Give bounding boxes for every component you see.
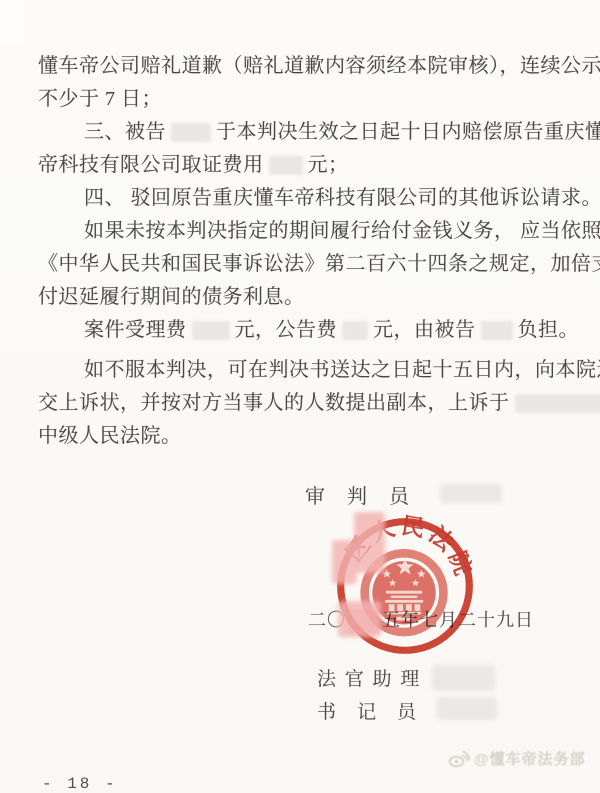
redaction-blur <box>515 394 600 413</box>
redaction-blur <box>171 123 211 142</box>
document-line: 交上诉状，并按对方当事人的人数提出副本，上诉于 <box>38 387 568 420</box>
date-year-redaction <box>338 601 381 637</box>
line-text: 元； <box>308 154 349 176</box>
judge-row: 审 判 员 <box>305 480 410 509</box>
line-text: 案件受理费 <box>84 319 187 341</box>
document-line: 付迟延履行期间的债务利息。 <box>38 281 568 314</box>
line-text: 帝科技有限公司取证费用 <box>38 154 264 176</box>
redaction-blur <box>269 156 303 175</box>
document-line: 懂车帝公司赔礼道歉（赔礼道歉内容须经本院审核），连续公示 <box>38 50 568 83</box>
document-line: 如果未按本判决指定的期间履行给付金钱义务， 应当依照 <box>38 215 568 248</box>
document-line: 案件受理费元，公告费元，由被告负担。 <box>38 314 568 347</box>
clerk-name-redaction <box>437 697 497 720</box>
judge-label: 审 判 员 <box>305 486 410 508</box>
line-text: 《中华人民共和国民事诉讼法》第二百六十四条之规定，加倍支 <box>38 253 600 275</box>
judge-assistant-row: 法 官 助 理 <box>317 664 421 691</box>
court-judgment-page: 懂车帝公司赔礼道歉（赔礼道歉内容须经本院审核），连续公示不少于 7 日；三、被告… <box>0 0 600 793</box>
watermark-text: @懂车帝法务部 <box>474 748 586 769</box>
line-text: 如不服本判决，可在判决书送达之日起十五日内，向本院递 <box>84 359 600 381</box>
document-line: 帝科技有限公司取证费用元； <box>38 149 568 182</box>
document-line: 不少于 7 日； <box>38 83 568 116</box>
line-text: 付迟延履行期间的债务利息。 <box>38 286 305 308</box>
line-text: 如果未按本判决指定的期间履行给付金钱义务， 应当依照 <box>84 220 600 242</box>
page-number: - 18 - <box>42 775 118 793</box>
judge-assistant-name-redaction <box>432 665 495 691</box>
document-line: 中级人民法院。 <box>38 420 568 453</box>
scan-light-artifact <box>0 0 24 46</box>
judge-name-redaction <box>440 484 502 503</box>
document-line: 三、被告于本判决生效之日起十日内赔偿原告重庆懂车 <box>38 116 568 149</box>
line-text: 中级人民法院。 <box>38 425 182 447</box>
redaction-blur <box>192 321 230 340</box>
document-body: 懂车帝公司赔礼道歉（赔礼道歉内容须经本院审核），连续公示不少于 7 日；三、被告… <box>38 50 568 453</box>
judge-assistant-label: 法 官 助 理 <box>317 669 421 690</box>
document-line: 如不服本判决，可在判决书送达之日起十五日内，向本院递 <box>38 354 568 387</box>
line-text: 交上诉状，并按对方当事人的人数提出副本，上诉于 <box>38 392 510 414</box>
document-line: 四、 驳回原告重庆懂车帝科技有限公司的其他诉讼请求。 <box>38 182 568 215</box>
weibo-watermark: @懂车帝法务部 <box>448 748 586 769</box>
line-text: 三、被告 <box>84 121 166 143</box>
weibo-icon <box>448 749 470 768</box>
clerk-label: 书 记 员 <box>317 702 417 723</box>
seal-district-redaction <box>354 512 385 573</box>
line-text: 不少于 7 日； <box>38 88 162 110</box>
line-text: 四、 驳回原告重庆懂车帝科技有限公司的其他诉讼请求。 <box>84 187 600 209</box>
seal-district-redaction-2 <box>332 540 357 584</box>
line-text: 负担。 <box>518 319 580 341</box>
line-text: 于本判决生效之日起十日内赔偿原告重庆懂车 <box>216 121 600 143</box>
redaction-blur <box>342 321 368 340</box>
line-text: 元，公告费 <box>235 319 338 341</box>
line-text: 元，由被告 <box>373 319 476 341</box>
clerk-row: 书 记 员 <box>317 697 417 724</box>
document-line: 《中华人民共和国民事诉讼法》第二百六十四条之规定，加倍支 <box>38 248 568 281</box>
line-text: 懂车帝公司赔礼道歉（赔礼道歉内容须经本院审核），连续公示 <box>38 55 600 77</box>
redaction-blur <box>481 321 513 340</box>
